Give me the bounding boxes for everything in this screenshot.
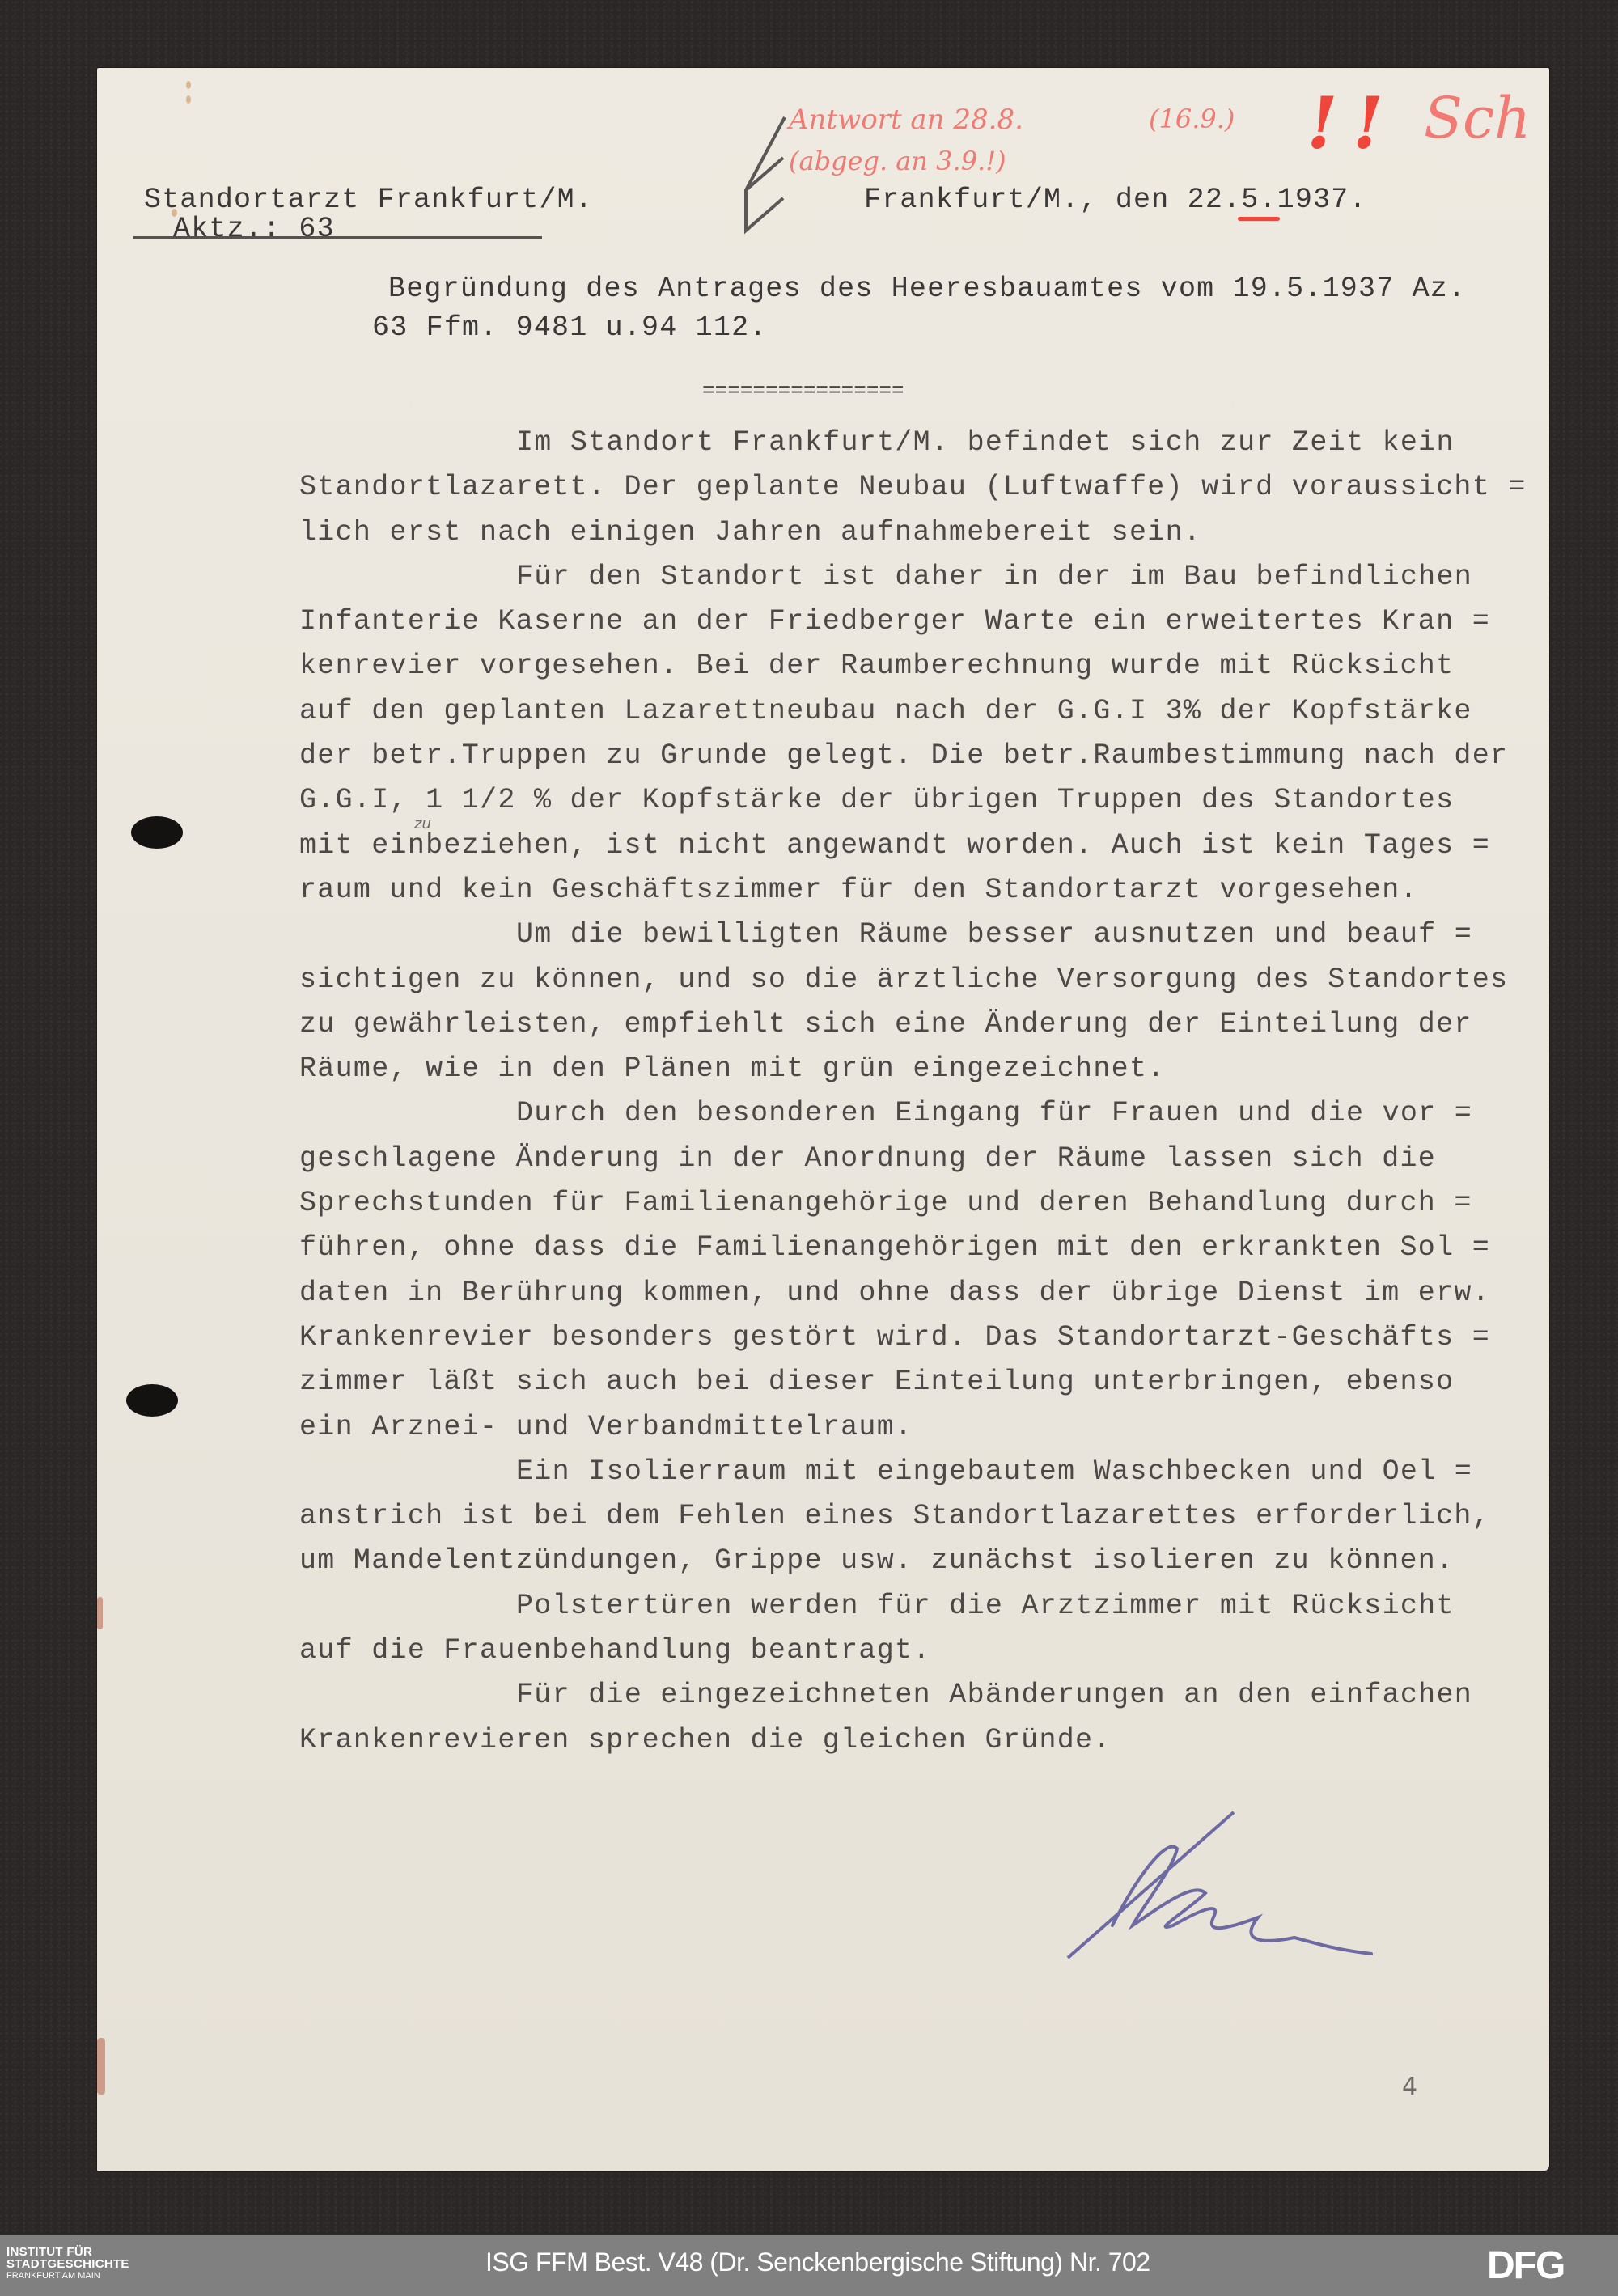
institute-logo: INSTITUT FÜR STADTGESCHICHTE FRANKFURT A…: [6, 2246, 129, 2282]
body-line: der betr.Truppen zu Grunde gelegt. Die b…: [299, 734, 1545, 778]
body-line: auf die Frauenbehandlung beantragt.: [299, 1629, 1545, 1673]
body-line: Infanterie Kaserne an der Friedberger Wa…: [299, 599, 1545, 644]
body-line: Krankenrevier besonders gestört wird. Da…: [299, 1315, 1545, 1360]
red-date-underline: [1238, 217, 1280, 221]
signature-scribble: [1052, 1804, 1424, 1966]
page-number: 4: [1402, 2073, 1417, 2101]
header-underline: [133, 236, 542, 239]
body-line: G.G.I, 1 1/2 % der Kopfstärke der übrige…: [299, 778, 1545, 823]
red-note-reply: Antwort an 28.8.: [789, 104, 1023, 136]
body-line: raum und kein Geschäftszimmer für den St…: [299, 868, 1545, 913]
red-note-paren: (16.9.): [1149, 104, 1235, 134]
body-line: auf den geplanten Lazarettneubau nach de…: [299, 689, 1545, 734]
rust-stain: [186, 81, 191, 89]
body-line: Ein Isolierraum mit eingebautem Waschbec…: [299, 1450, 1545, 1494]
archive-footer: INSTITUT FÜR STADTGESCHICHTE FRANKFURT A…: [0, 2235, 1618, 2296]
body-line: Standortlazarett. Der geplante Neubau (L…: [299, 465, 1545, 510]
body-line: Polstertüren werden für die Arztzimmer m…: [299, 1584, 1545, 1629]
body-line: anstrich ist bei dem Fehlen eines Stando…: [299, 1494, 1545, 1539]
institute-name-line1: INSTITUT FÜR: [6, 2246, 129, 2258]
archive-citation: ISG FFM Best. V48 (Dr. Senckenbergische …: [485, 2247, 1150, 2277]
signature-text: Kleinmann: [1052, 1942, 1056, 1942]
body-line: Räume, wie in den Plänen mit grün eingez…: [299, 1047, 1545, 1091]
letter-body: Im Standort Frankfurt/M. befindet sich z…: [299, 421, 1545, 1763]
pencil-insert-zu: zu: [414, 815, 431, 832]
body-line: mit einbeziehen, ist nicht angewandt wor…: [299, 824, 1545, 868]
body-line: lich erst nach einigen Jahren aufnahmebe…: [299, 510, 1545, 555]
body-line: geschlagene Änderung in der Anordnung de…: [299, 1137, 1545, 1181]
body-line: zimmer läßt sich auch bei dieser Einteil…: [299, 1360, 1545, 1404]
body-line: Im Standort Frankfurt/M. befindet sich z…: [299, 421, 1545, 465]
body-line: ein Arznei- und Verbandmittelraum.: [299, 1405, 1545, 1450]
body-line: um Mandelentzündungen, Grippe usw. zunäc…: [299, 1539, 1545, 1583]
rust-stain: [97, 1597, 103, 1629]
place-date: Frankfurt/M., den 22.5.1937.: [864, 178, 1367, 222]
red-initials: Sch: [1424, 85, 1531, 151]
subject-line-1: Begründung des Antrages des Heeresbauamt…: [388, 267, 1466, 311]
body-line: Sprechstunden für Familienangehörige und…: [299, 1181, 1545, 1226]
red-note-sent: (abgeg. an 3.9.!): [789, 146, 1006, 176]
body-line: sichtigen zu können, und so die ärztlich…: [299, 958, 1545, 1002]
body-line: Um die bewilligten Räume besser ausnutze…: [299, 913, 1545, 957]
body-line: daten in Berührung kommen, und ohne dass…: [299, 1271, 1545, 1315]
pencil-bracket-mark: [736, 113, 793, 235]
body-line: kenrevier vorgesehen. Bei der Raumberech…: [299, 644, 1545, 688]
institute-city: FRANKFURT AM MAIN: [6, 2270, 129, 2282]
body-line: Krankenrevieren sprechen die gleichen Gr…: [299, 1718, 1545, 1763]
body-line: Für die eingezeichneten Abänderungen an …: [299, 1673, 1545, 1718]
file-reference: Aktz.: 63: [173, 207, 335, 252]
separator-line: ================: [702, 369, 904, 413]
subject-line-2: 63 Ffm. 9481 u.94 112.: [372, 306, 767, 350]
rust-stain: [186, 95, 191, 104]
red-exclamation-marks: !!: [1307, 81, 1398, 165]
dfg-logo: DFG: [1487, 2244, 1564, 2288]
body-line: führen, ohne dass die Familienangehörige…: [299, 1226, 1545, 1270]
body-line: Für den Standort ist daher in der im Bau…: [299, 555, 1545, 599]
punch-hole: [126, 1384, 178, 1417]
rust-stain: [97, 2038, 105, 2095]
punch-hole: [131, 816, 183, 849]
institute-name-line2: STADTGESCHICHTE: [6, 2258, 129, 2270]
body-line: Durch den besonderen Eingang für Frauen …: [299, 1091, 1545, 1136]
body-line: zu gewährleisten, empfiehlt sich eine Än…: [299, 1002, 1545, 1047]
